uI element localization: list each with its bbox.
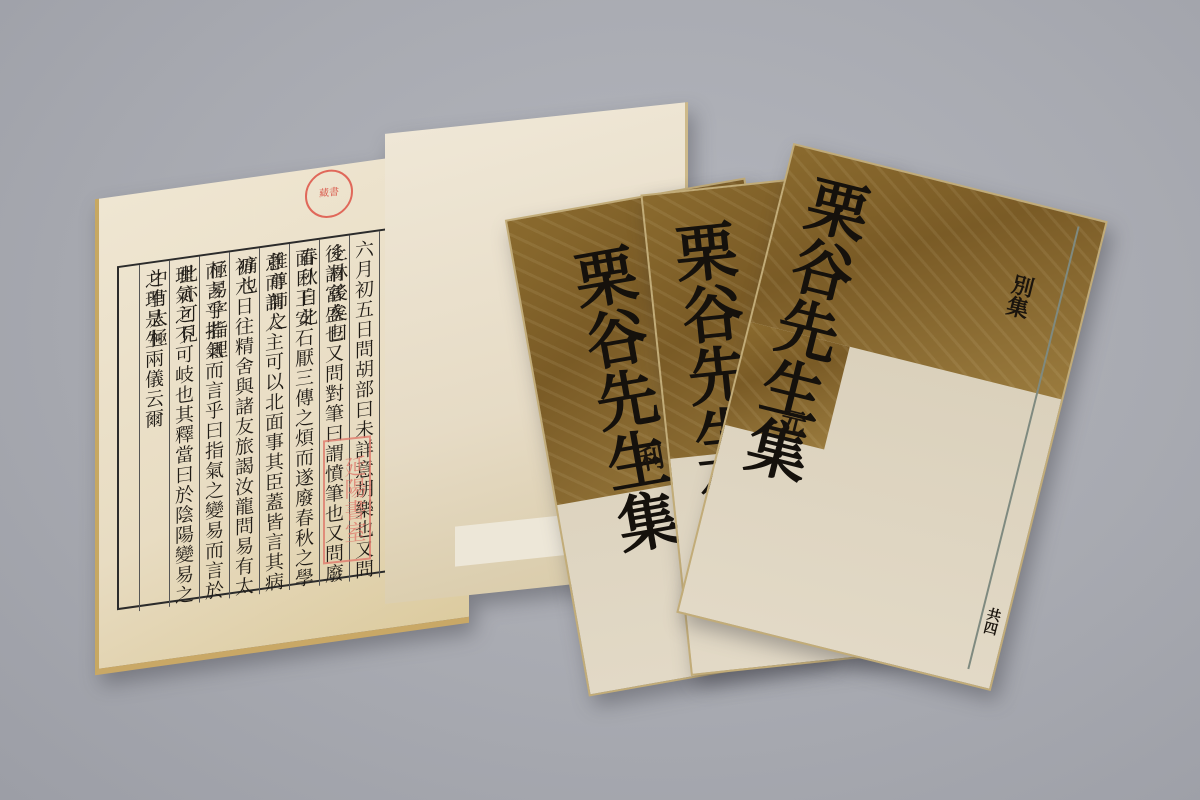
text-column: 意而謂人主可以北面事其臣蓋皆言其病痛也: [259, 244, 286, 594]
text-column: 之理是生兩儀云爾: [139, 261, 166, 611]
text-column: 理氣之不可岐也其釋當曰於陰陽變易之中有太極: [169, 257, 196, 607]
text-column: 初六日往精舍與諸友旅謁汝龍問易有太極易字指理: [229, 249, 256, 599]
square-seal-stamp: 延陽書室: [323, 435, 371, 564]
text-column: 面曰王安石厭三傳之煩而遂廢春秋之學推尊師之: [289, 240, 316, 590]
text-column: 而言乎指氣而言乎曰指氣之變易而言於此亦可見: [199, 253, 226, 603]
